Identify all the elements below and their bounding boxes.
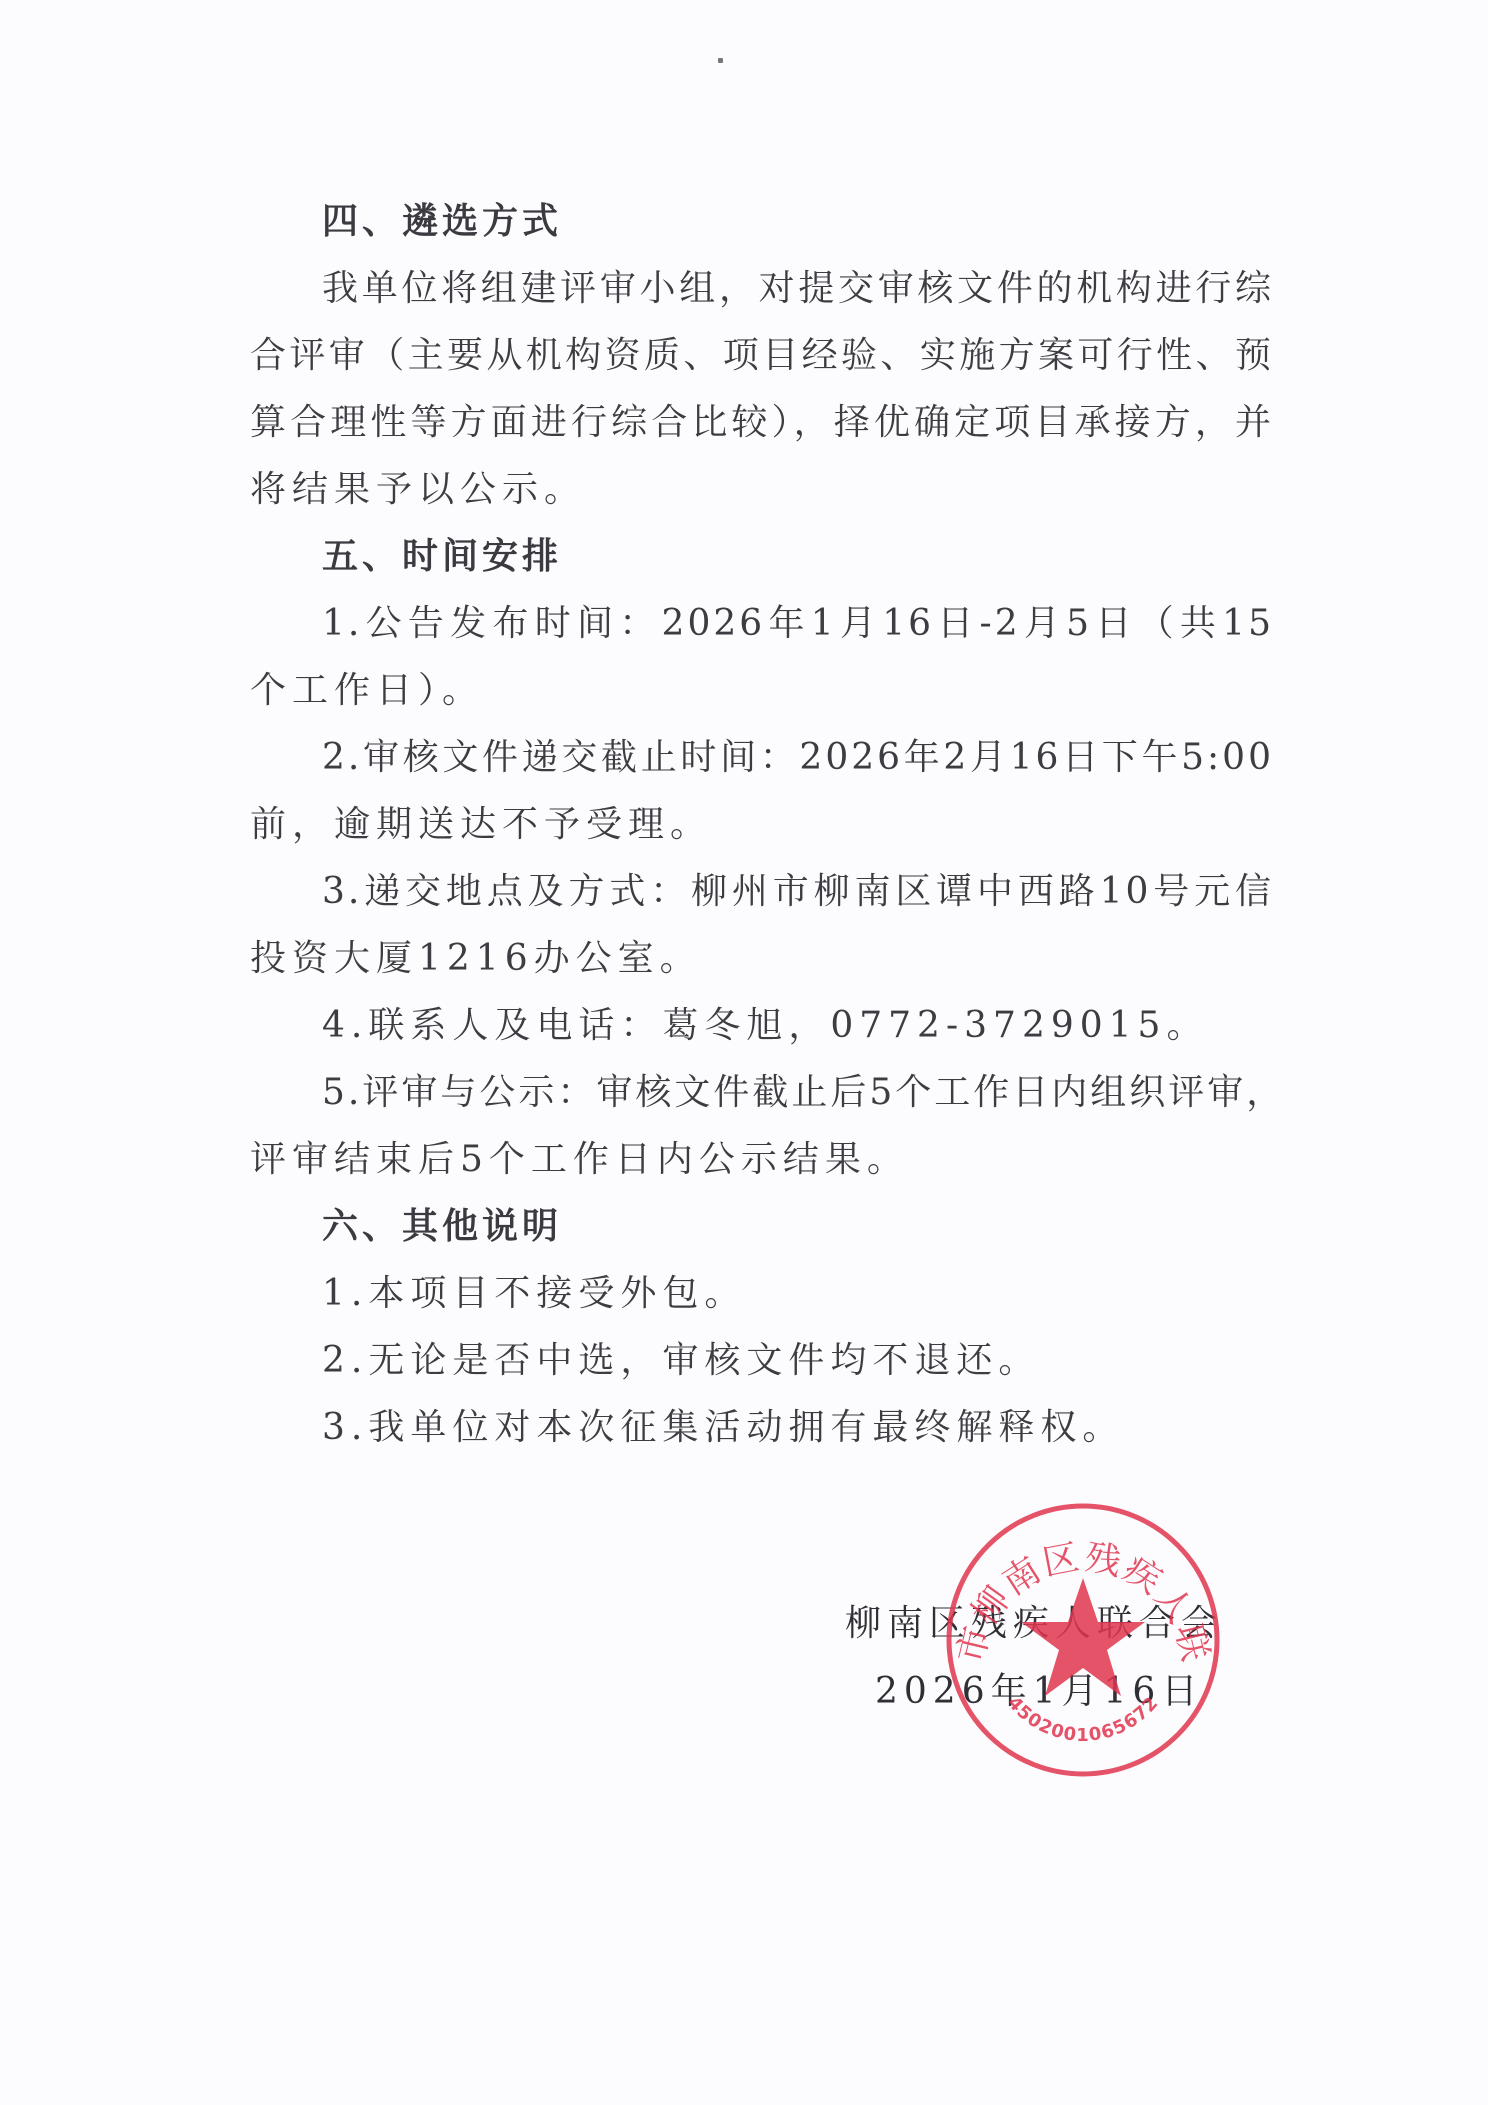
schedule-item-4-contact: 4.联系人及电话：葛冬旭，0772-3729015。 xyxy=(250,992,1274,1059)
note-item-3: 3.我单位对本次征集活动拥有最终解释权。 xyxy=(250,1394,1274,1461)
document-body: 四、遴选方式 我单位将组建评审小组，对提交审核文件的机构进行综 合评审（主要从机… xyxy=(250,188,1274,1461)
schedule-item-5-line1: 5.评审与公示：审核文件截止后5个工作日内组织评审， xyxy=(250,1059,1274,1126)
note-item-2: 2.无论是否中选，审核文件均不退还。 xyxy=(250,1327,1274,1394)
schedule-item-1-line1: 1.公告发布时间：2026年1月16日-2月5日（共15 xyxy=(250,590,1274,657)
schedule-item-3-line2: 投资大厦1216办公室。 xyxy=(250,925,1274,992)
paragraph-line: 合评审（主要从机构资质、项目经验、实施方案可行性、预 xyxy=(250,322,1274,389)
note-item-1: 1.本项目不接受外包。 xyxy=(250,1260,1274,1327)
section-heading-selection-method: 四、遴选方式 xyxy=(250,188,1274,255)
document-page: 四、遴选方式 我单位将组建评审小组，对提交审核文件的机构进行综 合评审（主要从机… xyxy=(0,0,1488,2105)
signature-date: 2026年1月16日 xyxy=(845,1658,1185,1726)
schedule-item-1-line2: 个工作日）。 xyxy=(250,657,1274,724)
signature-block: 柳南区残疾人联合会 2026年1月16日 xyxy=(845,1590,1185,1726)
scan-artifact-dot xyxy=(718,58,723,63)
section-heading-schedule: 五、时间安排 xyxy=(250,523,1274,590)
paragraph-line: 将结果予以公示。 xyxy=(250,456,1274,523)
schedule-item-2-line2: 前，逾期送达不予受理。 xyxy=(250,791,1274,858)
paragraph-line: 我单位将组建评审小组，对提交审核文件的机构进行综 xyxy=(250,255,1274,322)
signature-organization: 柳南区残疾人联合会 xyxy=(845,1590,1185,1658)
schedule-item-2-line1: 2.审核文件递交截止时间：2026年2月16日下午5:00 xyxy=(250,724,1274,791)
schedule-item-3-line1: 3.递交地点及方式：柳州市柳南区谭中西路10号元信 xyxy=(250,858,1274,925)
paragraph-line: 算合理性等方面进行综合比较），择优确定项目承接方，并 xyxy=(250,389,1274,456)
schedule-item-5-line2: 评审结束后5个工作日内公示结果。 xyxy=(250,1126,1274,1193)
section-heading-other-notes: 六、其他说明 xyxy=(250,1193,1274,1260)
